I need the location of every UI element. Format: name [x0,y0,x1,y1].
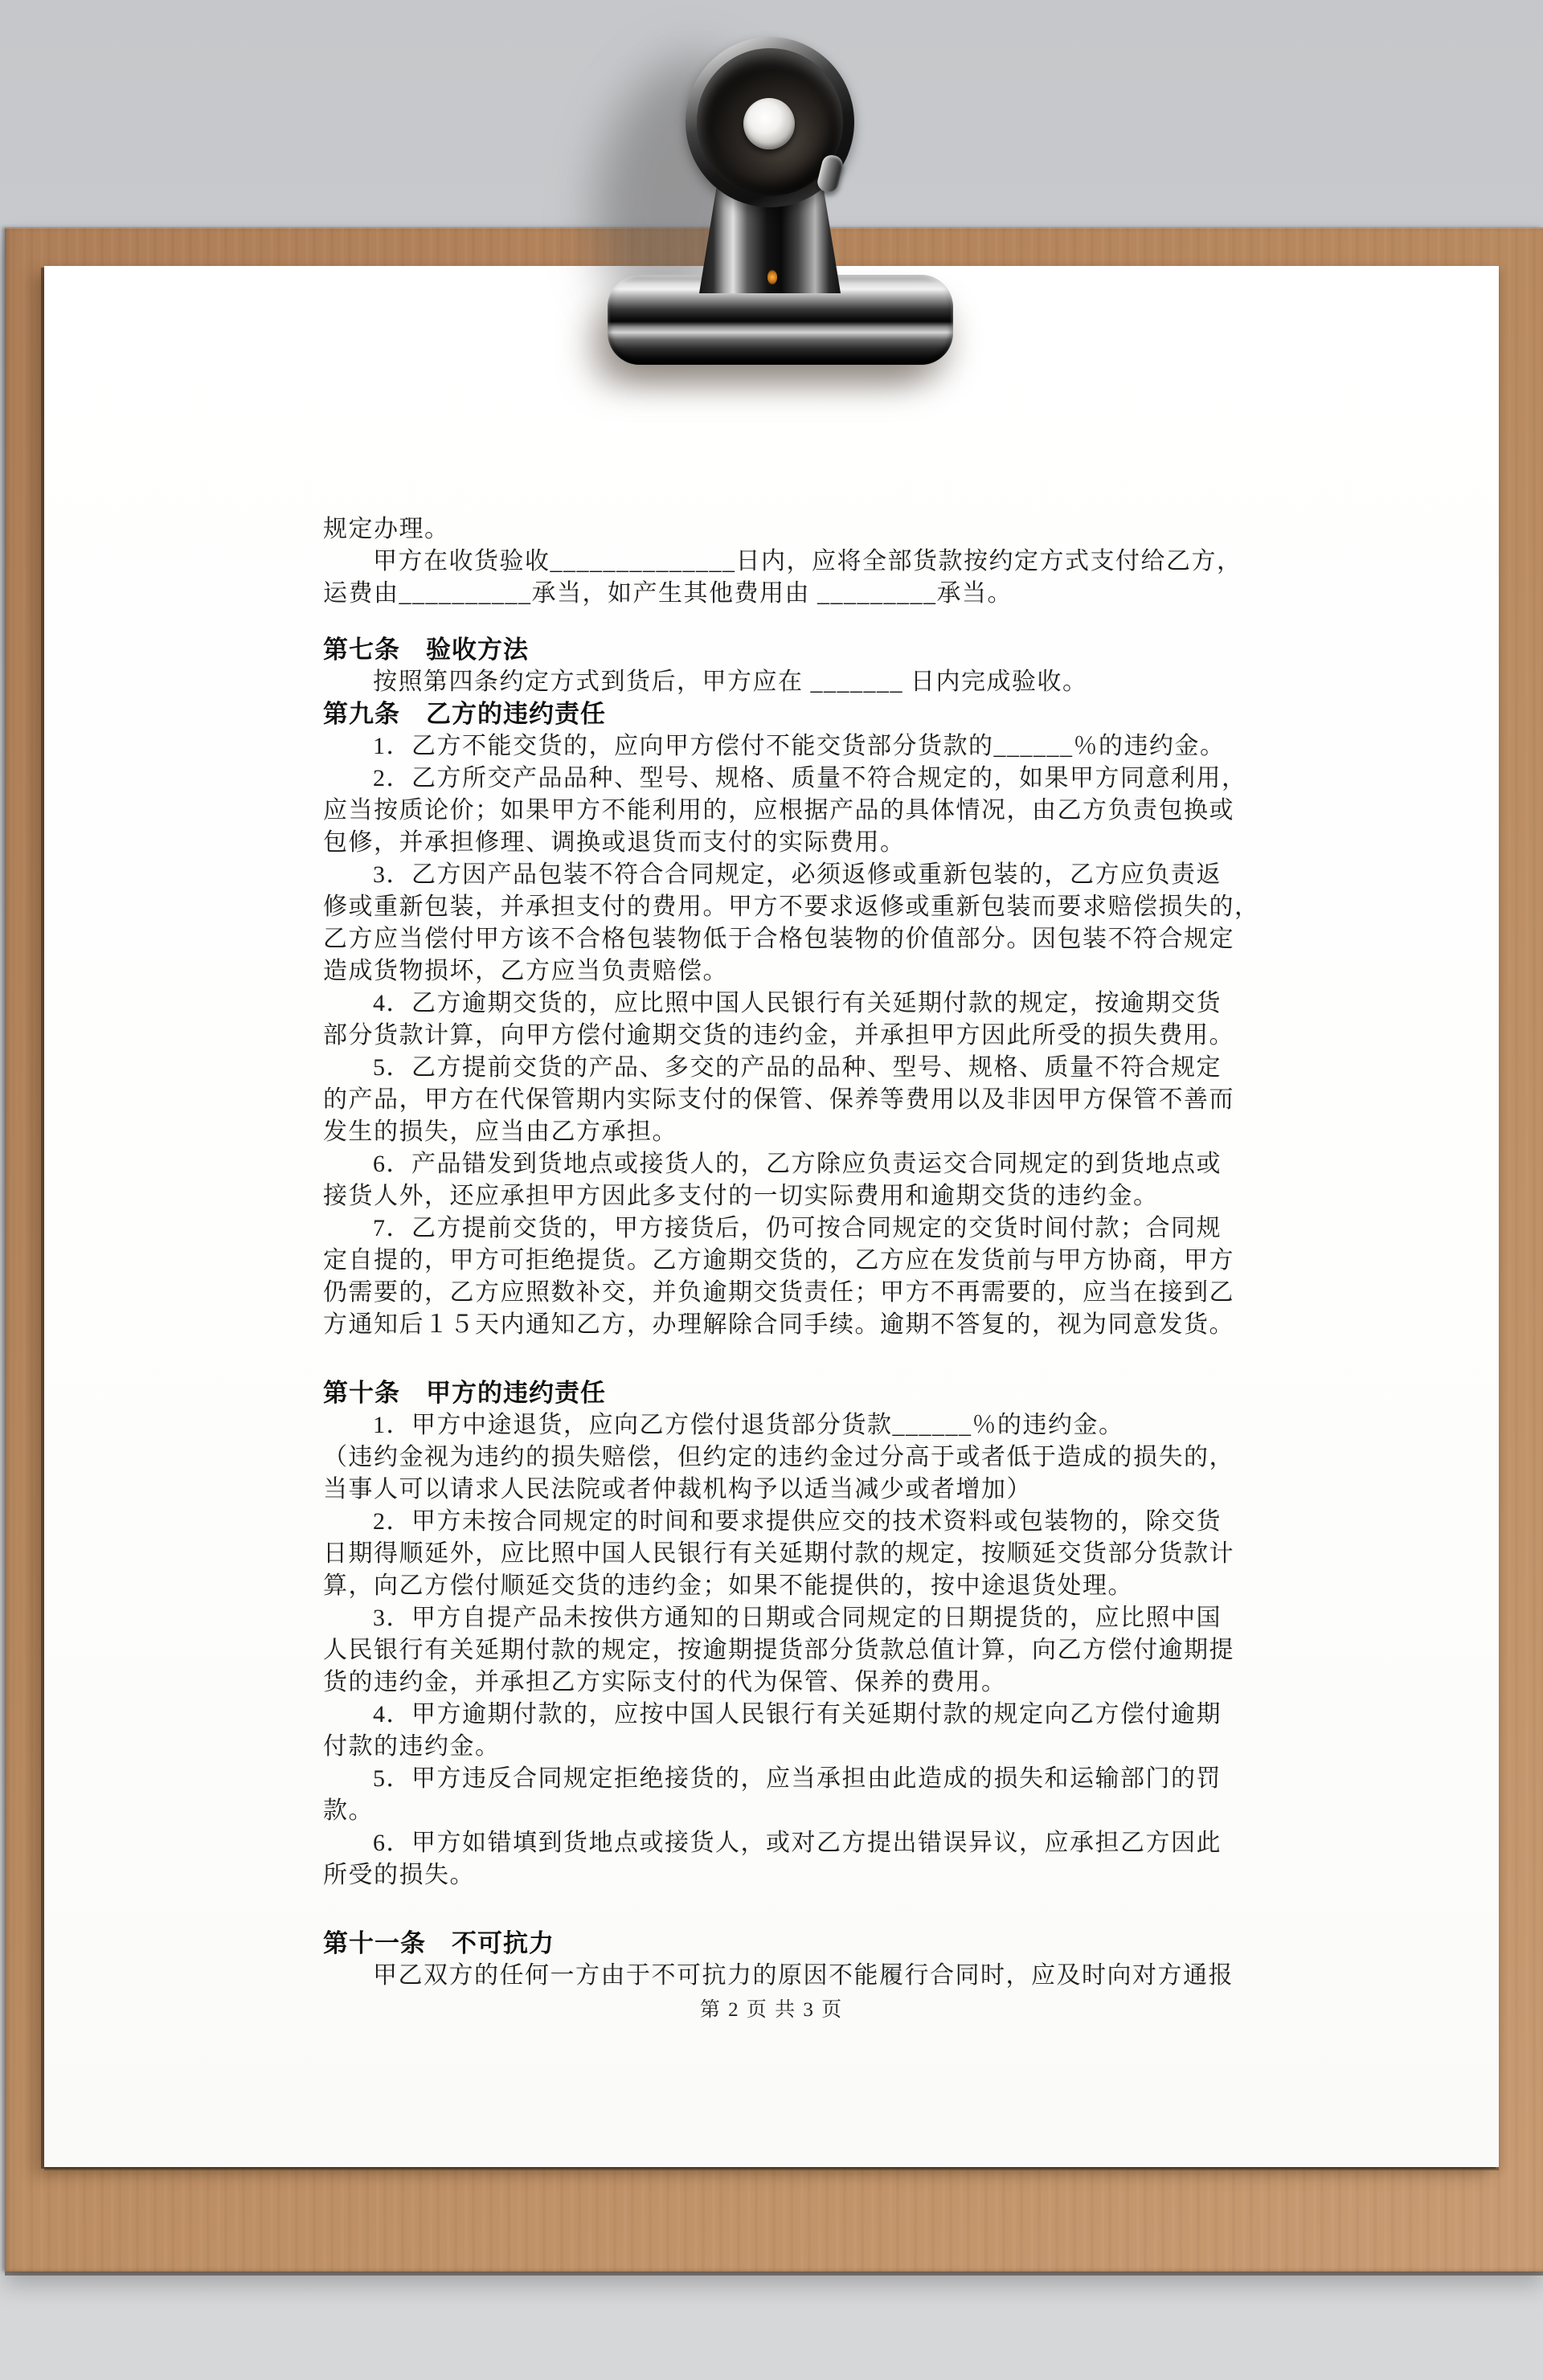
contract-line: 甲乙双方的任何一方由于不可抗力的原因不能履行合同时，应及时向对方通报 [323,1960,1295,1992]
contract-line: 发生的损失，应当由乙方承担。 [323,1116,1295,1148]
contract-line: 修或重新包装，并承担支付的费用。甲方不要求返修或重新包装而要求赔偿损失的， [323,891,1295,923]
contract-line: 定自提的，甲方可拒绝提货。乙方逾期交货的，乙方应在发货前与甲方协商，甲方 [323,1245,1295,1277]
contract-line: 2．乙方所交产品品种、型号、规格、质量不符合规定的，如果甲方同意利用， [323,763,1295,795]
contract-line: 甲方在收货验收______________日内，应将全部货款按约定方式支付给乙方… [323,546,1295,578]
contract-line: 5．乙方提前交货的产品、多交的产品的品种、型号、规格、质量不符合规定 [323,1052,1295,1084]
clip-spring-hole [743,98,795,149]
contract-line: 方通知后１５天内通知乙方，办理解除合同手续。逾期不答复的，视为同意发货。 [323,1309,1295,1341]
contract-line: 5．甲方违反合同规定拒绝接货的，应当承担由此造成的损失和运输部门的罚 [323,1763,1295,1795]
contract-line: 6．甲方如错填到货地点或接货人，或对乙方提出错误异议，应承担乙方因此 [323,1827,1295,1859]
contract-line: 人民银行有关延期付款的规定，按逾期提货部分货款总值计算，向乙方偿付逾期提 [323,1634,1295,1666]
contract-line: 乙方应当偿付甲方该不合格包装物低于合格包装物的价值部分。因包装不符合规定 [323,923,1295,955]
contract-line: 当事人可以请求人民法院或者仲裁机构予以适当减少或者增加） [323,1474,1295,1506]
contract-line: 3．甲方自提产品未按供方通知的日期或合同规定的日期提货的，应比照中国 [323,1602,1295,1634]
contract-line: 应当按质论价；如果甲方不能利用的，应根据产品的具体情况，由乙方负责包换或 [323,795,1295,827]
contract-line: 包修，并承担修理、调换或退货而支付的实际费用。 [323,827,1295,859]
clip-glint [767,270,777,284]
contract-line: 所受的损失。 [323,1859,1295,1891]
contract-line: 7．乙方提前交货的，甲方接货后，仍可按合同规定的交货时间付款；合同规 [323,1212,1295,1245]
contract-text-block: 规定办理。 甲方在收货验收______________日内，应将全部货款按约定方… [323,513,1295,1992]
contract-line: 4．甲方逾期付款的，应按中国人民银行有关延期付款的规定向乙方偿付逾期 [323,1699,1295,1731]
contract-line: 仍需要的，乙方应照数补交，并负逾期交货责任；甲方不再需要的，应当在接到乙 [323,1277,1295,1309]
contract-page: 规定办理。 甲方在收货验收______________日内，应将全部货款按约定方… [44,266,1499,2167]
contract-line: 规定办理。 [323,513,1295,546]
contract-line: 货的违约金，并承担乙方实际支付的代为保管、保养的费用。 [323,1666,1295,1699]
contract-line: 付款的违约金。 [323,1731,1295,1763]
clause-heading: 第九条 乙方的违约责任 [323,698,1295,730]
contract-line: 4．乙方逾期交货的，应比照中国人民银行有关延期付款的规定，按逾期交货 [323,988,1295,1020]
contract-line: 3．乙方因产品包装不符合合同规定，必须返修或重新包装的，乙方应负责返 [323,859,1295,891]
contract-line: 造成货物损坏，乙方应当负责赔偿。 [323,955,1295,988]
page-number: 第 2 页 共 3 页 [44,1994,1499,2022]
contract-line: 2．甲方未按合同规定的时间和要求提供应交的技术资料或包装物的，除交货 [323,1506,1295,1538]
contract-line: 部分货款计算，向甲方偿付逾期交货的违约金，并承担甲方因此所受的损失费用。 [323,1020,1295,1052]
contract-line: 运费由__________承当，如产生其他费用由 _________承当。 [323,578,1295,610]
contract-line: 款。 [323,1795,1295,1827]
clause-heading: 第十条 甲方的违约责任 [323,1377,1295,1409]
contract-line: 1．乙方不能交货的，应向甲方偿付不能交货部分货款的______％的违约金。 [323,730,1295,763]
contract-line: 接货人外，还应承担甲方因此多支付的一切实际费用和逾期交货的违约金。 [323,1180,1295,1212]
clause-heading: 第七条 验收方法 [323,634,1295,666]
contract-line: （违约金视为违约的损失赔偿，但约定的违约金过分高于或者低于造成的损失的， [323,1441,1295,1474]
contract-line: 算，向乙方偿付顺延交货的违约金；如果不能提供的，按中途退货处理。 [323,1570,1295,1602]
contract-line: 按照第四条约定方式到货后，甲方应在 _______ 日内完成验收。 [323,666,1295,698]
contract-line: 1．甲方中途退货，应向乙方偿付退货部分货款______％的违约金。 [323,1409,1295,1441]
clause-heading: 第十一条 不可抗力 [323,1928,1295,1960]
scene-background: { "scene": { "background_color": "#cfd1d… [0,0,1543,2380]
contract-line: 的产品，甲方在代保管期内实际支付的保管、保养等费用以及非因甲方保管不善而 [323,1084,1295,1116]
contract-line: 日期得顺延外，应比照中国人民银行有关延期付款的规定，按顺延交货部分货款计 [323,1538,1295,1570]
contract-line: 6．产品错发到货地点或接货人的，乙方除应负责运交合同规定的到货地点或 [323,1148,1295,1180]
